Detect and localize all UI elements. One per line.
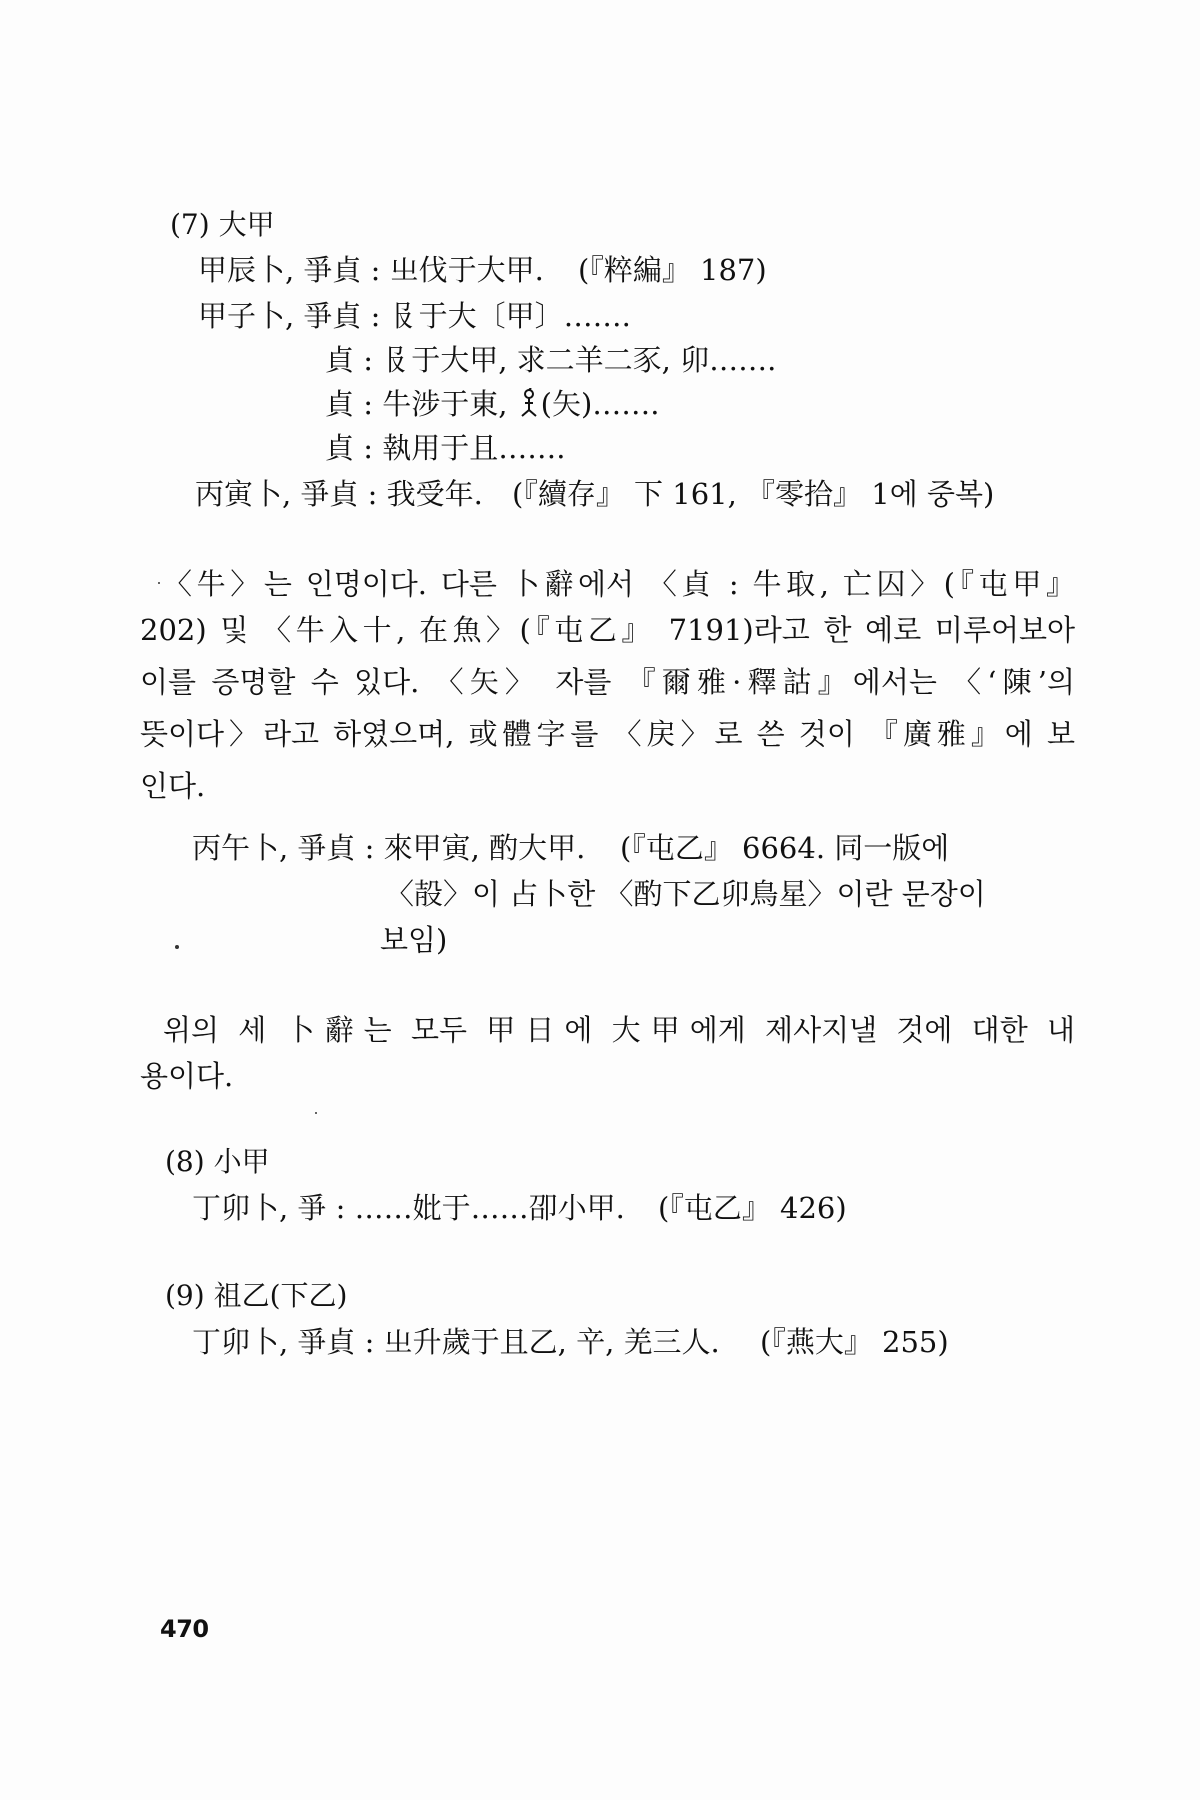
commentary-paragraph-2-cont: 용이다. <box>140 1050 1075 1102</box>
divination-line: 丁卯卜, 爭貞 : 㞢升歲于且乙, 䇂, 羌三人. <box>192 1322 720 1362</box>
divination-line-with-glyph: 貞 : 牛涉于東, (矢)……. <box>325 384 660 424</box>
divination-suffix: (矢)……. <box>541 387 660 421</box>
paragraph-line: 이를 증명할 수 있다. 〈矢〉 자를 『爾雅·釋詁』에서는 〈‘陳’의 <box>140 656 1075 708</box>
scan-speck <box>175 945 179 949</box>
oracle-bone-character-icon <box>517 388 541 418</box>
citation: (『粹編』 187) <box>578 250 767 290</box>
divination-line: 丙午卜, 爭貞 : 來甲寅, 酌大甲. <box>192 828 585 868</box>
paragraph-line: 202) 및 〈牛入十, 在魚〉(『屯乙』 7191)라고 한 예로 미루어보아 <box>140 604 1075 656</box>
paragraph-line: 〈牛〉는 인명이다. 다른 卜辭에서 〈貞 : 牛取, 亡囚〉(『屯甲』 <box>163 558 1075 610</box>
citation: (『屯乙』 426) <box>658 1188 847 1228</box>
divination-line: 丁卯卜, 爭 : ……妣于……卲小甲. <box>192 1188 625 1228</box>
divination-line: 甲辰卜, 爭貞 : 㞢伐于大甲. <box>198 250 544 290</box>
citation: (『燕大』 255) <box>760 1322 949 1362</box>
scan-speck <box>158 582 160 584</box>
divination-prefix: 貞 : 牛涉于東, <box>325 387 517 421</box>
section-heading-7: (7) 大甲 <box>170 205 275 245</box>
divination-line: 丙寅卜, 爭貞 : 我受年. <box>195 474 483 514</box>
book-page: (7) 大甲 甲辰卜, 爭貞 : 㞢伐于大甲. (『粹編』 187) 甲子卜, … <box>0 0 1200 1800</box>
divination-line: 貞 : 執用于且……. <box>325 428 565 468</box>
citation-line: 보임) <box>380 920 447 960</box>
citation: (『續存』 下 161, 『零拾』 1에 중복) <box>512 474 994 514</box>
paragraph-line: 인다. <box>140 760 1075 812</box>
citation-line: 〈㱿〉이 占卜한 〈酌下乙卯鳥星〉이란 문장이 <box>385 874 986 914</box>
commentary-paragraph-1-cont: 202) 및 〈牛入十, 在魚〉(『屯乙』 7191)라고 한 예로 미루어보아… <box>140 604 1075 812</box>
citation-line: (『屯乙』 6664. 同一版에 <box>620 828 949 868</box>
page-number: 470 <box>160 1615 209 1643</box>
scan-speck <box>315 1112 317 1114</box>
paragraph-line: 위의 세 卜辭는 모두 甲日에 大甲에게 제사지낼 것에 대한 내 <box>163 1004 1075 1056</box>
divination-line: 貞 : 𠬝于大甲, 求二羊二豕, 卯……. <box>325 340 776 380</box>
divination-line: 甲子卜, 爭貞 : 𠬝于大〔甲〕……. <box>198 296 631 336</box>
paragraph-line: 뜻이다〉라고 하였으며, 或體字를 〈戻〉로 쓴 것이 『廣雅』에 보 <box>140 708 1075 760</box>
commentary-paragraph-2: 위의 세 卜辭는 모두 甲日에 大甲에게 제사지낼 것에 대한 내 <box>163 1004 1075 1056</box>
paragraph-line: 용이다. <box>140 1050 1075 1102</box>
section-heading-8: (8) 小甲 <box>165 1142 270 1182</box>
section-heading-9: (9) 祖乙(下乙) <box>165 1276 347 1316</box>
commentary-paragraph-1: 〈牛〉는 인명이다. 다른 卜辭에서 〈貞 : 牛取, 亡囚〉(『屯甲』 <box>163 558 1075 610</box>
